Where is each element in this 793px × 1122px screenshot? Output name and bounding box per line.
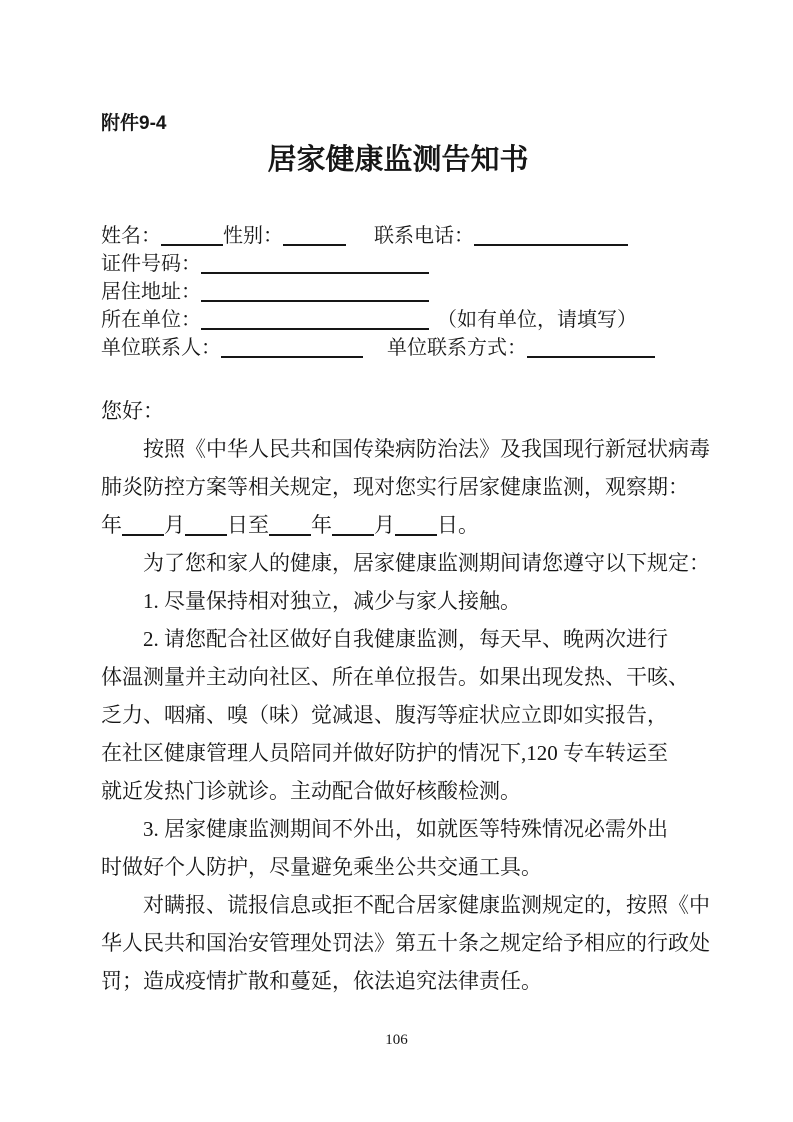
form-row-employer-contact: 单位联系人：单位联系方式： <box>101 334 713 362</box>
rule-3-line-1: 3. 居家健康监测期间不外出，如就医等特殊情况必需外出 <box>101 810 713 848</box>
end-year-field[interactable] <box>269 513 311 536</box>
penalty-line-2: 华人民共和国治安管理处罚法》第五十条之规定给予相应的行政处 <box>101 924 713 962</box>
month-start-label: 月 <box>164 513 185 537</box>
day-to-label: 日至 <box>227 513 269 537</box>
greeting-line: 您好： <box>101 392 713 430</box>
end-day-field[interactable] <box>395 513 437 536</box>
year-start-label: 年 <box>101 513 122 537</box>
intro-line-1: 按照《中华人民共和国传染病防治法》及我国现行新冠状病毒 <box>101 430 713 468</box>
rule-2-line-2: 体温测量并主动向社区、所在单位报告。如果出现发热、干咳、 <box>101 658 713 696</box>
month-end-label: 月 <box>374 513 395 537</box>
day-end-label: 日。 <box>437 513 479 537</box>
gender-field[interactable] <box>283 224 346 246</box>
rule-1-line: 1. 尽量保持相对独立，减少与家人接触。 <box>101 582 713 620</box>
employer-note: （如有单位，请填写） <box>437 309 637 331</box>
year-end-label: 年 <box>311 513 332 537</box>
end-month-field[interactable] <box>332 513 374 536</box>
phone-label: 联系电话： <box>374 225 474 247</box>
rule-3-line-2: 时做好个人防护，尽量避免乘坐公共交通工具。 <box>101 848 713 886</box>
employer-contact-field[interactable] <box>221 336 363 358</box>
rule-2-line-3: 乏力、咽痛、嗅（味）觉减退、腹泻等症状应立即如实报告， <box>101 696 713 734</box>
name-field[interactable] <box>161 224 223 246</box>
form-row-address: 居住地址： <box>101 278 713 306</box>
document-page: 附件9-4 居家健康监测告知书 姓名：性别：联系电话： 证件号码： 居住地址： … <box>0 0 793 1122</box>
id-number-label: 证件号码： <box>101 253 201 275</box>
form-row-id-number: 证件号码： <box>101 250 713 278</box>
rule-2-line-5: 就近发热门诊就诊。主动配合做好核酸检测。 <box>101 772 713 810</box>
start-year-field[interactable] <box>122 513 164 536</box>
info-form: 姓名：性别：联系电话： 证件号码： 居住地址： 所在单位：（如有单位，请填写） … <box>101 222 713 362</box>
page-title: 居家健康监测告知书 <box>101 142 695 178</box>
penalty-line-3: 罚；造成疫情扩散和蔓延，依法追究法律责任。 <box>101 962 713 1000</box>
form-row-identity: 姓名：性别：联系电话： <box>101 222 713 250</box>
penalty-line-1: 对瞒报、谎报信息或拒不配合居家健康监测规定的，按照《中 <box>101 886 713 924</box>
id-number-field[interactable] <box>201 252 429 274</box>
rule-2-line-1: 2. 请您配合社区做好自我健康监测，每天早、晚两次进行 <box>101 620 713 658</box>
notice-body: 您好： 按照《中华人民共和国传染病防治法》及我国现行新冠状病毒 肺炎防控方案等相… <box>101 392 713 1000</box>
address-label: 居住地址： <box>101 281 201 303</box>
start-month-field[interactable] <box>185 513 227 536</box>
rules-intro-line: 为了您和家人的健康，居家健康监测期间请您遵守以下规定： <box>101 544 713 582</box>
phone-field[interactable] <box>474 224 628 246</box>
name-label: 姓名： <box>101 225 161 247</box>
employer-contact-method-field[interactable] <box>527 336 655 358</box>
attachment-label: 附件9-4 <box>101 112 713 136</box>
page-number: 106 <box>0 1030 793 1050</box>
form-row-employer: 所在单位：（如有单位，请填写） <box>101 306 713 334</box>
employer-contact-label: 单位联系人： <box>101 337 221 359</box>
employer-field[interactable] <box>201 308 429 330</box>
rule-2-line-4: 在社区健康管理人员陪同并做好防护的情况下,120 专车转运至 <box>101 734 713 772</box>
employer-label: 所在单位： <box>101 309 201 331</box>
address-field[interactable] <box>201 280 429 302</box>
observation-period-line: 年月日至年月日。 <box>101 506 713 544</box>
intro-line-2: 肺炎防控方案等相关规定，现对您实行居家健康监测，观察期： <box>101 468 713 506</box>
employer-contact-method-label: 单位联系方式： <box>387 337 527 359</box>
gender-label: 性别： <box>223 225 283 247</box>
